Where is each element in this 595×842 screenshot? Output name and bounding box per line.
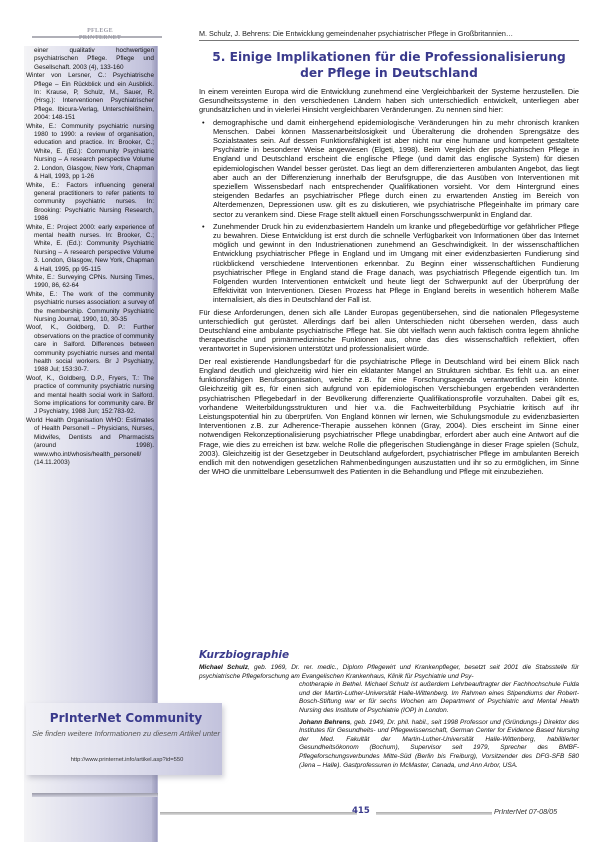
reference-item: Woof, K., Goldberg, D. P.: Further obser… bbox=[26, 324, 154, 374]
footer-rule-right bbox=[376, 812, 492, 815]
paragraph: Für diese Anforderungen, denen sich alle… bbox=[199, 308, 579, 354]
bio-name: Johann Behrens bbox=[299, 719, 350, 726]
community-box: PrInterNet Community Sie finden weitere … bbox=[26, 703, 222, 775]
reference-item: White, E.: Community psychiatric nursing… bbox=[26, 123, 154, 182]
section-title: 5. Einige Implikationen für die Professi… bbox=[199, 49, 579, 81]
bio-name: Michael Schulz bbox=[199, 664, 248, 671]
logo-text: PFLEGE PrInterNet bbox=[72, 28, 128, 44]
reference-item: World Health Organisation WHO: Estimates… bbox=[26, 417, 154, 467]
bio-text: , geb. 1949, Dr. phil. habil., seit 1998… bbox=[299, 719, 579, 769]
intro-paragraph: In einem vereinten Europa wird die Entwi… bbox=[199, 87, 579, 115]
bullet-text: demographische und damit einhergehend ep… bbox=[213, 118, 579, 219]
page-number: 415 bbox=[352, 806, 370, 816]
reference-item: White, E.: Project 2000: early experienc… bbox=[26, 224, 154, 274]
bullet-icon: • bbox=[202, 118, 205, 127]
reference-list: einer qualitativ hochwertigen psychiatri… bbox=[26, 47, 154, 467]
community-subtitle: Sie finden weitere Informationen zu dies… bbox=[32, 729, 220, 739]
journal-logo: PFLEGE PrInterNet bbox=[32, 28, 162, 44]
reference-item: White, E.: Surveying CPNs. Nursing Times… bbox=[26, 274, 154, 291]
bullet-icon: • bbox=[202, 222, 205, 231]
reference-item: White, E.: Factors influencing general g… bbox=[26, 182, 154, 224]
bullet-text: Zunehmender Druck hin zu evidenzbasierte… bbox=[213, 222, 579, 305]
logo-line-1: PFLEGE bbox=[72, 28, 128, 35]
reference-item: Winter von Lersner, C.: Psychiatrische P… bbox=[26, 72, 154, 122]
running-header: M. Schulz, J. Behrens: Die Entwicklung g… bbox=[199, 29, 579, 41]
journal-issue: PrInterNet 07-08/05 bbox=[494, 807, 557, 816]
community-link[interactable]: http://www.printernet.info/artikel.asp?i… bbox=[34, 757, 220, 763]
reference-item: White, E.: The work of the community psy… bbox=[26, 291, 154, 325]
reference-column-bottom-cap bbox=[32, 793, 158, 797]
community-title: PrInterNet Community bbox=[36, 711, 216, 725]
reference-item: einer qualitativ hochwertigen psychiatri… bbox=[26, 47, 154, 72]
bio-text: , geb. 1969, Dr. rer. medic., Diplom Pfl… bbox=[199, 664, 579, 680]
author-bios: Michael Schulz, geb. 1969, Dr. rer. medi… bbox=[199, 664, 579, 773]
bullet-item: • demographische und damit einhergehend … bbox=[199, 118, 579, 219]
bio-title: Kurzbiographie bbox=[199, 649, 289, 661]
article-body: In einem vereinten Europa wird die Entwi… bbox=[199, 87, 579, 479]
bullet-item: • Zunehmender Druck hin zu evidenzbasier… bbox=[199, 222, 579, 305]
footer-rule-left bbox=[160, 812, 357, 815]
logo-line-2: PrInterNet bbox=[72, 35, 128, 42]
paragraph: Der real existierende Handlungsbedarf fü… bbox=[199, 357, 579, 477]
reference-item: Woof, K., Goldberg, D.P., Fryers, T.: Th… bbox=[26, 375, 154, 417]
bio-behrens: Johann Behrens, geb. 1949, Dr. phil. hab… bbox=[199, 719, 579, 771]
bio-schulz-cont: chotherapie in Bethel. Michael Schulz is… bbox=[199, 681, 579, 715]
bio-schulz: Michael Schulz, geb. 1969, Dr. rer. medi… bbox=[199, 664, 579, 681]
